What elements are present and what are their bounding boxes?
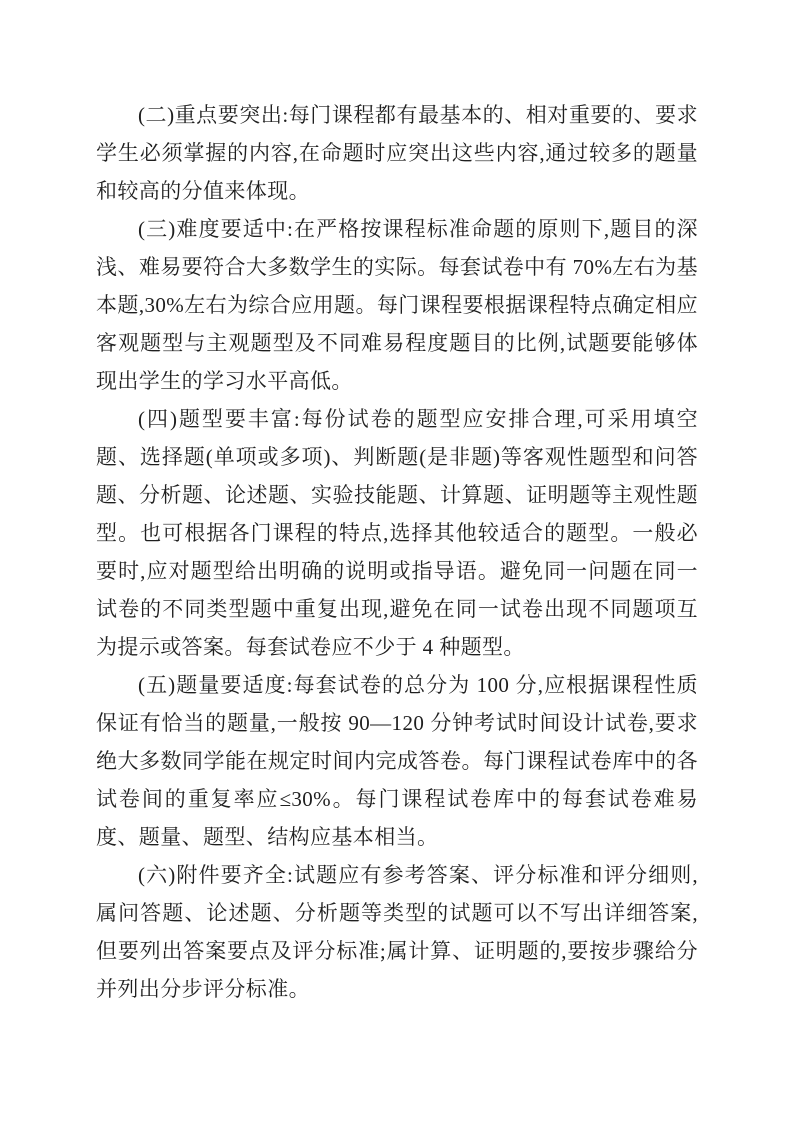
paragraph-section-4: (四)题型要丰富:每份试卷的题型应安排合理,可采用填空题、选择题(单项或多项)、…	[96, 400, 698, 666]
paragraph-section-2: (二)重点要突出:每门课程都有最基本的、相对重要的、要求学生必须掌握的内容,在命…	[96, 96, 698, 210]
paragraph-section-3: (三)难度要适中:在严格按课程标准命题的原则下,题目的深浅、难易要符合大多数学生…	[96, 210, 698, 400]
paragraph-section-5: (五)题量要适度:每套试卷的总分为 100 分,应根据课程性质保证有恰当的题量,…	[96, 666, 698, 856]
document-body: (二)重点要突出:每门课程都有最基本的、相对重要的、要求学生必须掌握的内容,在命…	[96, 96, 698, 1008]
paragraph-section-6: (六)附件要齐全:试题应有参考答案、评分标准和评分细则,属问答题、论述题、分析题…	[96, 856, 698, 1008]
document-page: (二)重点要突出:每门课程都有最基本的、相对重要的、要求学生必须掌握的内容,在命…	[0, 0, 794, 1122]
